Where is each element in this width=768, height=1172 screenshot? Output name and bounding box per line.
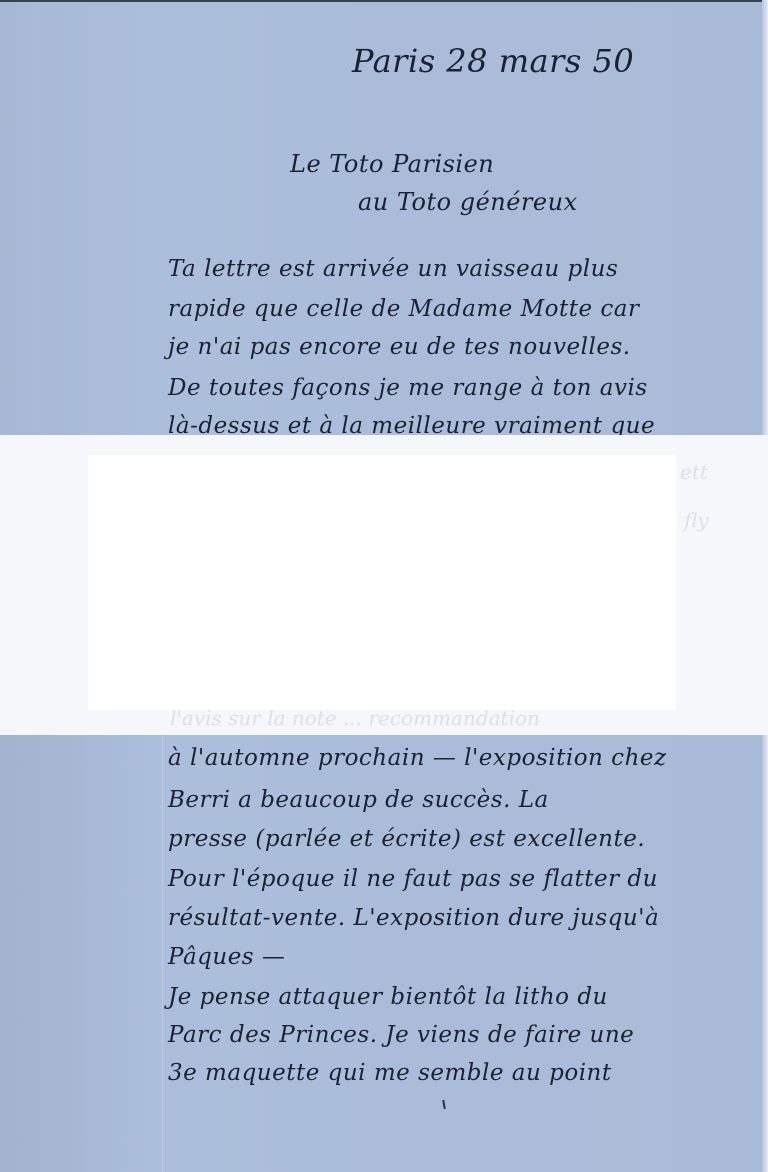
body-line: Je pense attaquer bientôt la litho du xyxy=(168,984,608,1010)
redaction-box xyxy=(88,455,676,710)
body-line: presse (parlée et écrite) est excellente… xyxy=(168,826,645,852)
body-line: 3e maquette qui me semble au point xyxy=(168,1060,612,1086)
body-line: Pâques — xyxy=(168,944,285,970)
body-line: résultat-vente. L'exposition dure jusqu'… xyxy=(168,905,659,931)
body-line: rapide que celle de Madame Motte car xyxy=(168,296,640,322)
body-line: je n'ai pas encore eu de tes nouvelles. xyxy=(168,334,631,360)
body-line: Parc des Princes. Je viens de faire une xyxy=(168,1022,634,1048)
faded-line: l'avis sur la note ... recommandation xyxy=(170,706,540,730)
body-line: Berri a beaucoup de succès. La xyxy=(168,787,549,813)
faded-ink-fragment: ett xyxy=(680,460,708,484)
paper-top-edge xyxy=(0,0,768,2)
letter-date: Paris 28 mars 50 xyxy=(352,42,634,80)
body-line: Pour l'époque il ne faut pas se flatter … xyxy=(168,866,658,892)
paper-left-shadow xyxy=(0,735,160,1172)
body-line: Ta lettre est arrivée un vaisseau plus xyxy=(168,256,618,282)
faded-ink-fragment: fly xyxy=(684,508,709,532)
salutation-line-1: Le Toto Parisien xyxy=(290,150,494,178)
salutation-line-2: au Toto généreux xyxy=(358,188,578,216)
paper-fold-line xyxy=(162,735,163,1172)
body-line: De toutes façons je me range à ton avis xyxy=(168,375,648,401)
body-line: à l'automne prochain — l'exposition chez xyxy=(168,745,667,771)
